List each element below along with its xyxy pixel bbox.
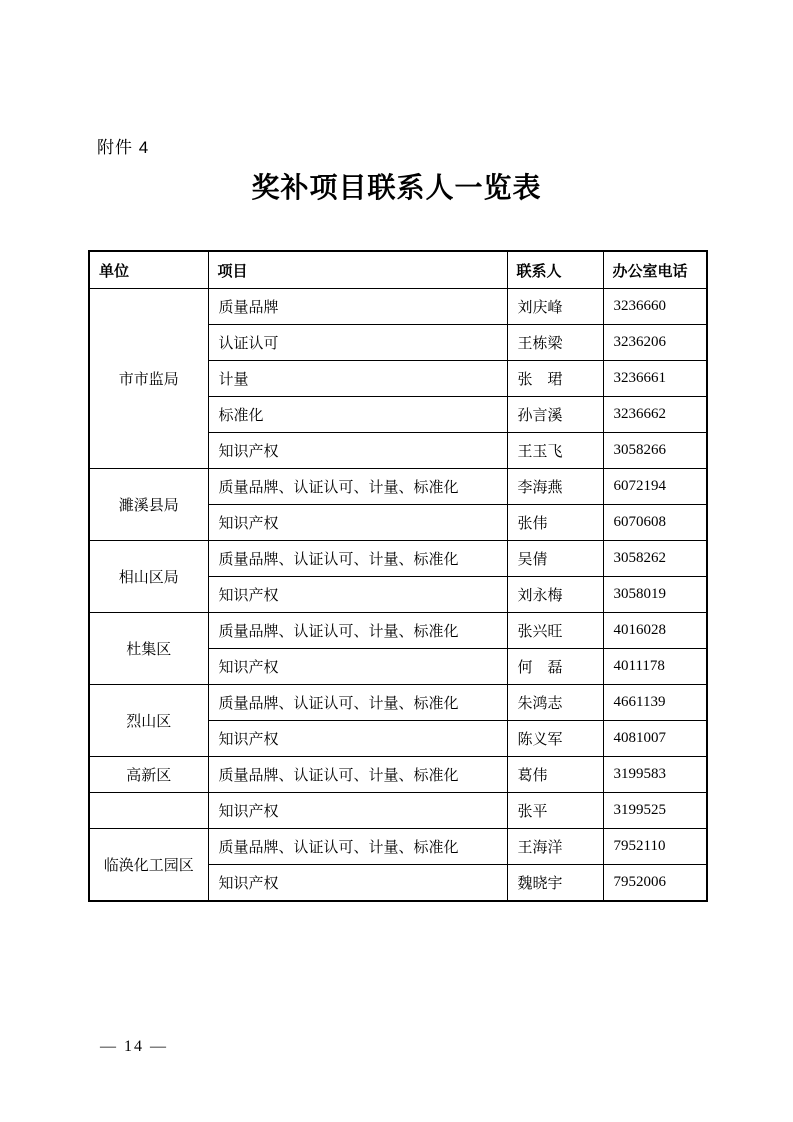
phone-cell: 3058266 <box>603 433 707 469</box>
project-cell: 知识产权 <box>208 865 507 902</box>
contact-cell: 葛伟 <box>507 757 603 793</box>
phone-cell: 7952110 <box>603 829 707 865</box>
unit-cell <box>89 793 208 829</box>
phone-cell: 4661139 <box>603 685 707 721</box>
table-header-row: 单位 项目 联系人 办公室电话 <box>89 251 707 289</box>
page-title: 奖补项目联系人一览表 <box>0 166 793 206</box>
phone-cell: 3236662 <box>603 397 707 433</box>
project-cell: 质量品牌、认证认可、计量、标准化 <box>208 541 507 577</box>
document-page: 附件 4 奖补项目联系人一览表 单位 项目 联系人 办公室电话 市市监局质量品牌… <box>0 0 793 1122</box>
project-cell: 质量品牌、认证认可、计量、标准化 <box>208 829 507 865</box>
contact-cell: 孙言溪 <box>507 397 603 433</box>
table-row: 相山区局质量品牌、认证认可、计量、标准化吴倩3058262 <box>89 541 707 577</box>
project-cell: 知识产权 <box>208 649 507 685</box>
contact-cell: 魏晓宇 <box>507 865 603 902</box>
table-row: 临涣化工园区质量品牌、认证认可、计量、标准化王海洋7952110 <box>89 829 707 865</box>
contact-cell: 吴倩 <box>507 541 603 577</box>
project-cell: 知识产权 <box>208 721 507 757</box>
project-cell: 计量 <box>208 361 507 397</box>
project-cell: 质量品牌 <box>208 289 507 325</box>
phone-cell: 4016028 <box>603 613 707 649</box>
phone-cell: 3058262 <box>603 541 707 577</box>
contact-cell: 陈义军 <box>507 721 603 757</box>
phone-cell: 3199583 <box>603 757 707 793</box>
attachment-label: 附件 4 <box>97 133 149 158</box>
project-cell: 质量品牌、认证认可、计量、标准化 <box>208 685 507 721</box>
table-row: 杜集区质量品牌、认证认可、计量、标准化张兴旺4016028 <box>89 613 707 649</box>
contact-cell: 王海洋 <box>507 829 603 865</box>
phone-cell: 3236206 <box>603 325 707 361</box>
contact-cell: 何 磊 <box>507 649 603 685</box>
unit-cell: 杜集区 <box>89 613 208 685</box>
header-cell-contact: 联系人 <box>507 251 603 289</box>
phone-cell: 7952006 <box>603 865 707 902</box>
table-row: 市市监局质量品牌刘庆峰3236660 <box>89 289 707 325</box>
contact-cell: 李海燕 <box>507 469 603 505</box>
contact-cell: 张平 <box>507 793 603 829</box>
contact-cell: 张兴旺 <box>507 613 603 649</box>
unit-cell: 濉溪县局 <box>89 469 208 541</box>
project-cell: 质量品牌、认证认可、计量、标准化 <box>208 469 507 505</box>
phone-cell: 3236660 <box>603 289 707 325</box>
unit-cell: 烈山区 <box>89 685 208 757</box>
phone-cell: 3058019 <box>603 577 707 613</box>
header-cell-project: 项目 <box>208 251 507 289</box>
unit-cell: 市市监局 <box>89 289 208 469</box>
project-cell: 质量品牌、认证认可、计量、标准化 <box>208 757 507 793</box>
unit-cell: 相山区局 <box>89 541 208 613</box>
contact-cell: 刘庆峰 <box>507 289 603 325</box>
project-cell: 知识产权 <box>208 793 507 829</box>
table-row: 烈山区质量品牌、认证认可、计量、标准化朱鸿志4661139 <box>89 685 707 721</box>
table-body: 市市监局质量品牌刘庆峰3236660认证认可王栋梁3236206计量张 珺323… <box>89 289 707 902</box>
phone-cell: 6072194 <box>603 469 707 505</box>
phone-cell: 3199525 <box>603 793 707 829</box>
table-row: 知识产权张平3199525 <box>89 793 707 829</box>
project-cell: 知识产权 <box>208 505 507 541</box>
project-cell: 知识产权 <box>208 577 507 613</box>
contact-cell: 王玉飞 <box>507 433 603 469</box>
project-cell: 认证认可 <box>208 325 507 361</box>
contact-cell: 张 珺 <box>507 361 603 397</box>
contact-cell: 朱鸿志 <box>507 685 603 721</box>
unit-cell: 临涣化工园区 <box>89 829 208 902</box>
phone-cell: 6070608 <box>603 505 707 541</box>
contact-cell: 王栋梁 <box>507 325 603 361</box>
header-cell-phone: 办公室电话 <box>603 251 707 289</box>
table-row: 高新区质量品牌、认证认可、计量、标准化葛伟3199583 <box>89 757 707 793</box>
project-cell: 标准化 <box>208 397 507 433</box>
page-number: — 14 — <box>100 1038 168 1056</box>
contact-cell: 张伟 <box>507 505 603 541</box>
project-cell: 质量品牌、认证认可、计量、标准化 <box>208 613 507 649</box>
unit-cell: 高新区 <box>89 757 208 793</box>
contacts-table: 单位 项目 联系人 办公室电话 市市监局质量品牌刘庆峰3236660认证认可王栋… <box>88 250 708 902</box>
phone-cell: 4081007 <box>603 721 707 757</box>
project-cell: 知识产权 <box>208 433 507 469</box>
header-cell-unit: 单位 <box>89 251 208 289</box>
table-row: 濉溪县局质量品牌、认证认可、计量、标准化李海燕6072194 <box>89 469 707 505</box>
contact-cell: 刘永梅 <box>507 577 603 613</box>
phone-cell: 4011178 <box>603 649 707 685</box>
phone-cell: 3236661 <box>603 361 707 397</box>
